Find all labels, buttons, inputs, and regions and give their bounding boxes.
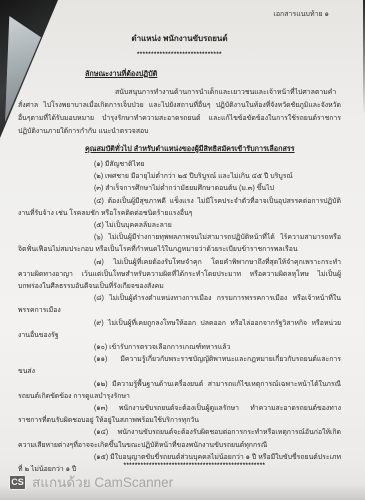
document-content: เอกสารแนบท้าย ๑ ตำแหน่ง พนักงานขับรถยนต์… xyxy=(0,9,365,476)
list-item: (๑) มีสัญชาติไทย xyxy=(18,159,341,171)
separator-bottom: ****************************************… xyxy=(0,463,365,469)
list-item: (๗) ไม่เป็นผู้ที่เคยต้องรับโทษจำคุก โดยค… xyxy=(18,257,341,294)
list-item: (๑๐) เข้ารับการตรวจเลือกการเกณฑ์ทหารแล้ว xyxy=(18,342,341,354)
attachment-label: เอกสารแนบท้าย ๑ xyxy=(18,9,341,20)
list-item: (๓) สำเร็จการศึกษาไม่ต่ำกว่ามัธยมศึกษาตอ… xyxy=(18,183,341,195)
camscanner-watermark: CS สแกนด้วย CamScanner xyxy=(9,471,173,493)
list-item: (๙) ไม่เป็นผู้ที่เคยถูกลงโทษให้ออก ปลดออ… xyxy=(18,318,341,342)
separator-top: ****************************** xyxy=(18,52,341,58)
scanned-document-page: เอกสารแนบท้าย ๑ ตำแหน่ง พนักงานขับรถยนต์… xyxy=(0,0,365,500)
list-item: (๑๒) มีความรู้พื้นฐานด้านเครื่องยนต์ สาม… xyxy=(18,379,341,403)
list-item: (๑๓) พนักงานขับรถยนต์จะต้องเป็นผู้ดูแลรั… xyxy=(18,403,341,427)
camscanner-logo-icon: CS xyxy=(9,475,26,490)
list-item: (๑๔) พนักงานขับรถยนต์จะต้องรับผิดชอบต่อก… xyxy=(18,427,341,451)
page-title: ตำแหน่ง พนักงานขับรถยนต์ xyxy=(18,32,341,45)
list-item: (๘) ไม่เป็นผู้ดำรงตำแหน่งทางการเมือง กรร… xyxy=(18,293,341,317)
list-item: (๕) ไม่เป็นบุคคลล้มละลาย xyxy=(18,220,341,232)
list-item: (๑๑) มีความรู้เกี่ยวกับพระราชบัญญัติพาหน… xyxy=(18,354,341,378)
list-item: (๔) ต้องเป็นผู้มีสุขภาพดี แข็งแรง ไม่มีโ… xyxy=(18,196,341,220)
qualifications-heading: คุณสมบัติทั่วไป สำหรับตำแหน่งของผู้มีสิท… xyxy=(85,144,341,155)
list-item: (๒) เพศชาย มีอายุไม่ต่ำกว่า ๒๕ ปีบริบูรณ… xyxy=(18,171,341,183)
qualifications-list: (๑) มีสัญชาติไทย (๒) เพศชาย มีอายุไม่ต่ำ… xyxy=(18,159,341,476)
duties-heading: ลักษณะงานที่ต้องปฏิบัติ xyxy=(85,69,341,80)
camscanner-label: สแกนด้วย CamScanner xyxy=(32,471,173,493)
list-item: (๖) ไม่เป็นผู้มีร่างกายทุพพลภาพจนไม่สามา… xyxy=(18,232,341,256)
duties-paragraph: สนับสนุนการทำงานด้านการนำเด็กและเยาวชนแล… xyxy=(18,86,341,138)
